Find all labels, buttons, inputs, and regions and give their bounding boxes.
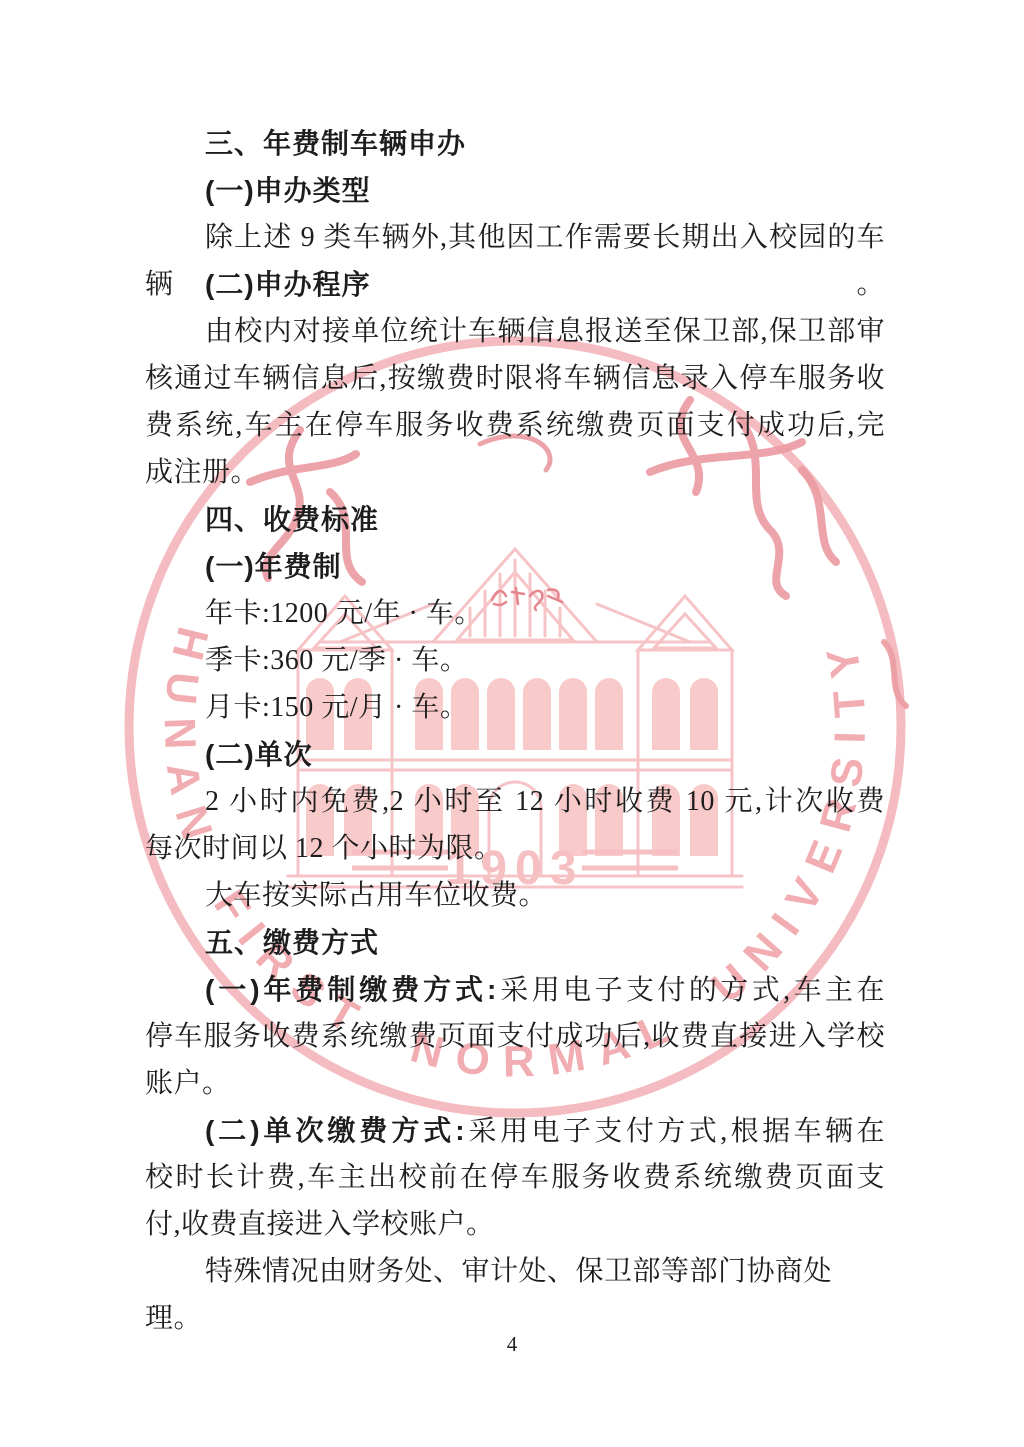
fee-line-quarter: 季卡:360 元/季 · 车。 bbox=[145, 637, 885, 684]
run-in-text: 采用电子支付方式,根据车辆在 bbox=[466, 1116, 885, 1147]
run-in-bold: (二)单次缴费方式: bbox=[205, 1115, 466, 1146]
sub-heading: (一)申办类型 bbox=[145, 167, 885, 214]
body-line: 2 小时内免费,2 小时至 12 小时收费 10 元,计次收费 bbox=[145, 778, 885, 825]
run-in-bold: (一)年费制缴费方式: bbox=[205, 974, 497, 1005]
body-line: 除上述 9 类车辆外,其他因工作需要长期出入校园的车辆。 bbox=[145, 214, 885, 261]
section-heading: 三、年费制车辆申办 bbox=[145, 120, 885, 167]
body-line: (一)年费制缴费方式:采用电子支付的方式,车主在 bbox=[145, 966, 885, 1013]
body-line: 付,收费直接进入学校账户。 bbox=[145, 1201, 885, 1248]
sub-heading: (二)单次 bbox=[145, 731, 885, 778]
body-line: 每次时间以 12 个小时为限。 bbox=[145, 825, 885, 872]
run-in-text: 采用电子支付的方式,车主在 bbox=[497, 975, 885, 1006]
body-line: 校时长计费,车主出校前在停车服务收费系统缴费页面支 bbox=[145, 1154, 885, 1201]
body-line: (二)单次缴费方式:采用电子支付方式,根据车辆在 bbox=[145, 1107, 885, 1154]
body-line: 账户。 bbox=[145, 1060, 885, 1107]
body-line: 费系统,车主在停车服务收费系统缴费页面支付成功后,完 bbox=[145, 402, 885, 449]
fee-line-month: 月卡:150 元/月 · 车。 bbox=[145, 684, 885, 731]
document-body: 三、年费制车辆申办 (一)申办类型 除上述 9 类车辆外,其他因工作需要长期出入… bbox=[145, 120, 885, 1295]
body-line: 成注册。 bbox=[145, 449, 885, 496]
body-line: 停车服务收费系统缴费页面支付成功后,收费直接进入学校 bbox=[145, 1013, 885, 1060]
fee-line-annual: 年卡:1200 元/年 · 车。 bbox=[145, 590, 885, 637]
body-line: 由校内对接单位统计车辆信息报送至保卫部,保卫部审 bbox=[145, 308, 885, 355]
section-heading: 四、收费标准 bbox=[145, 496, 885, 543]
document-page: HUNAN FIRST NORMAL UNIVERSITY bbox=[0, 0, 1024, 1447]
page-number: 4 bbox=[0, 1332, 1024, 1357]
body-line: 核通过车辆信息后,按缴费时限将车辆信息录入停车服务收 bbox=[145, 355, 885, 402]
body-line: 大车按实际占用车位收费。 bbox=[145, 872, 885, 919]
section-heading: 五、缴费方式 bbox=[145, 919, 885, 966]
body-line: 特殊情况由财务处、审计处、保卫部等部门协商处理。 bbox=[145, 1248, 885, 1295]
sub-heading: (一)年费制 bbox=[145, 543, 885, 590]
